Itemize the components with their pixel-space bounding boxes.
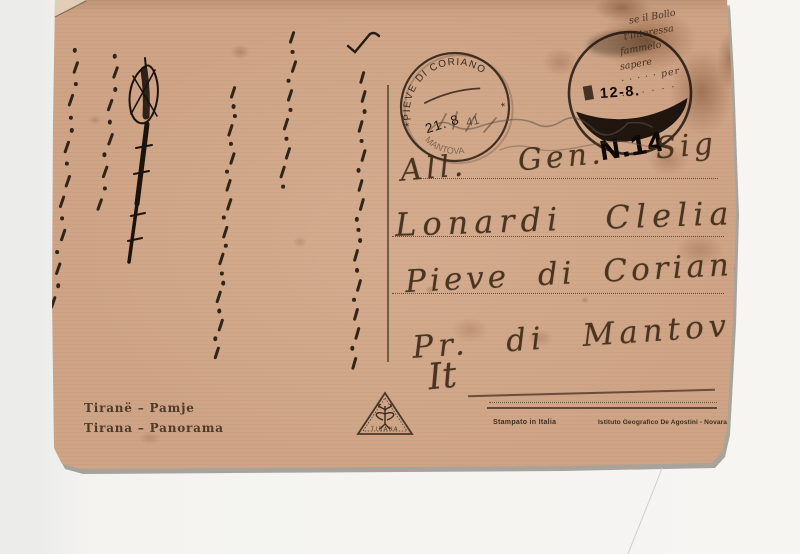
ink-dash xyxy=(59,229,66,242)
ink-dot xyxy=(73,48,77,53)
postmark1-date: 21. 8 xyxy=(423,112,461,137)
ink-dot xyxy=(213,336,217,341)
ink-dash xyxy=(101,165,108,178)
ink-dash xyxy=(358,198,364,211)
ink-dash xyxy=(225,197,232,210)
ink-dash xyxy=(357,119,363,132)
ink-dot xyxy=(222,215,226,220)
ink-dot xyxy=(281,184,285,189)
ink-dash xyxy=(54,262,61,275)
ink-flourish-stroke xyxy=(468,389,715,397)
ink-dot xyxy=(56,283,60,288)
ink-dot xyxy=(350,346,354,351)
scanned-postcard-image: Tiranë – Pamje Tirana – Panorama Stampat… xyxy=(0,0,800,554)
double-eagle-icon xyxy=(376,404,393,429)
ink-checkmark xyxy=(346,30,382,56)
ink-dash xyxy=(351,357,357,370)
caption-italian: Tirana – Panorama xyxy=(84,421,224,435)
ink-dot xyxy=(74,82,78,87)
ink-dash xyxy=(284,147,291,160)
address-divider-line xyxy=(387,85,389,362)
ink-dash xyxy=(282,117,289,130)
address-line-town: Pieve di Coriano xyxy=(404,246,756,300)
ink-dash xyxy=(355,278,361,291)
ink-dash xyxy=(58,195,65,208)
ink-dash xyxy=(354,327,360,340)
ink-dot xyxy=(113,54,117,59)
ink-dash xyxy=(352,249,358,262)
ink-dot xyxy=(355,268,359,273)
postmark1-year: 41 xyxy=(464,113,481,130)
ink-dot xyxy=(108,120,112,125)
ink-dash xyxy=(72,60,79,73)
ink-dash xyxy=(360,149,366,162)
ink-dash xyxy=(359,71,365,84)
postmark1-star-left: * xyxy=(404,121,412,134)
address-line-flourish: It xyxy=(426,355,459,399)
ink-dot xyxy=(70,128,74,133)
ink-dash-column xyxy=(276,31,301,190)
address-rule-4-solid xyxy=(487,407,717,409)
imprint-de-agostini: Istituto Geografico De Agostini - Novara xyxy=(598,419,727,426)
triangle-eagle-logo: TIRANA xyxy=(355,390,415,440)
ink-dash xyxy=(96,198,103,211)
ink-dot xyxy=(224,243,228,248)
ink-dash xyxy=(213,346,220,359)
ink-dot xyxy=(55,249,59,254)
ink-dot xyxy=(233,114,237,119)
ink-dot xyxy=(358,238,362,243)
ink-dot xyxy=(60,216,64,221)
ink-dash xyxy=(360,90,366,103)
ink-dash xyxy=(106,132,113,145)
address-line-province: Pr. di Mantova xyxy=(411,306,756,366)
ink-dash xyxy=(49,296,56,309)
ink-dash xyxy=(225,179,232,192)
postmark1-star-right: * xyxy=(500,101,508,114)
ink-torch-doodle xyxy=(116,56,174,274)
ink-dot xyxy=(290,50,294,55)
ink-dash-column xyxy=(347,71,371,370)
ink-dash xyxy=(63,140,70,153)
ink-dash xyxy=(67,94,74,107)
handwritten-note: se il Bollo t'interessa fammelo sapere ·… xyxy=(608,0,731,104)
ink-dash xyxy=(217,253,224,266)
ink-dot xyxy=(220,271,224,276)
ink-dash xyxy=(279,165,286,178)
ink-dash xyxy=(290,60,297,73)
address-rule-4-dotted xyxy=(489,402,717,403)
ink-dot xyxy=(103,186,107,191)
ink-dot xyxy=(221,281,225,286)
ink-dot xyxy=(113,87,117,92)
ink-dot xyxy=(225,169,229,174)
ink-dot xyxy=(288,108,292,113)
caption-albanian: Tiranë – Pamje xyxy=(84,401,195,415)
ink-dash xyxy=(352,308,358,321)
ink-dot xyxy=(363,109,367,114)
ink-dash-column xyxy=(94,53,124,212)
ink-dot xyxy=(355,217,359,222)
ink-dash xyxy=(221,225,228,238)
ink-dot xyxy=(359,139,363,144)
ink-dot xyxy=(69,115,73,120)
ink-dash-column xyxy=(47,47,84,309)
ink-dot xyxy=(352,297,356,302)
ink-dash xyxy=(286,89,293,102)
ink-dash xyxy=(357,179,363,192)
ink-dot xyxy=(284,136,288,141)
logo-text: TIRANA xyxy=(371,427,399,433)
ink-dash xyxy=(217,318,224,331)
imprint-stampato: Stampato in Italia xyxy=(493,419,556,426)
ink-dash xyxy=(215,290,222,303)
ink-dash xyxy=(106,99,113,112)
ink-dash xyxy=(288,31,295,44)
ink-dot xyxy=(286,78,290,83)
ink-dash xyxy=(226,123,233,136)
folded-corner xyxy=(0,0,90,20)
ink-dot xyxy=(231,104,235,109)
ink-dot xyxy=(356,228,360,233)
ink-dash xyxy=(229,151,236,164)
ink-dot xyxy=(65,161,69,166)
ink-dot xyxy=(356,168,360,173)
ink-dash-column xyxy=(209,86,242,360)
ink-dash xyxy=(229,86,236,99)
ink-dot xyxy=(217,309,221,314)
ink-dot xyxy=(229,142,233,147)
ink-dash xyxy=(111,66,118,79)
ink-dot xyxy=(102,153,106,158)
fold-crease-line xyxy=(0,0,100,25)
ink-dash xyxy=(64,174,71,187)
